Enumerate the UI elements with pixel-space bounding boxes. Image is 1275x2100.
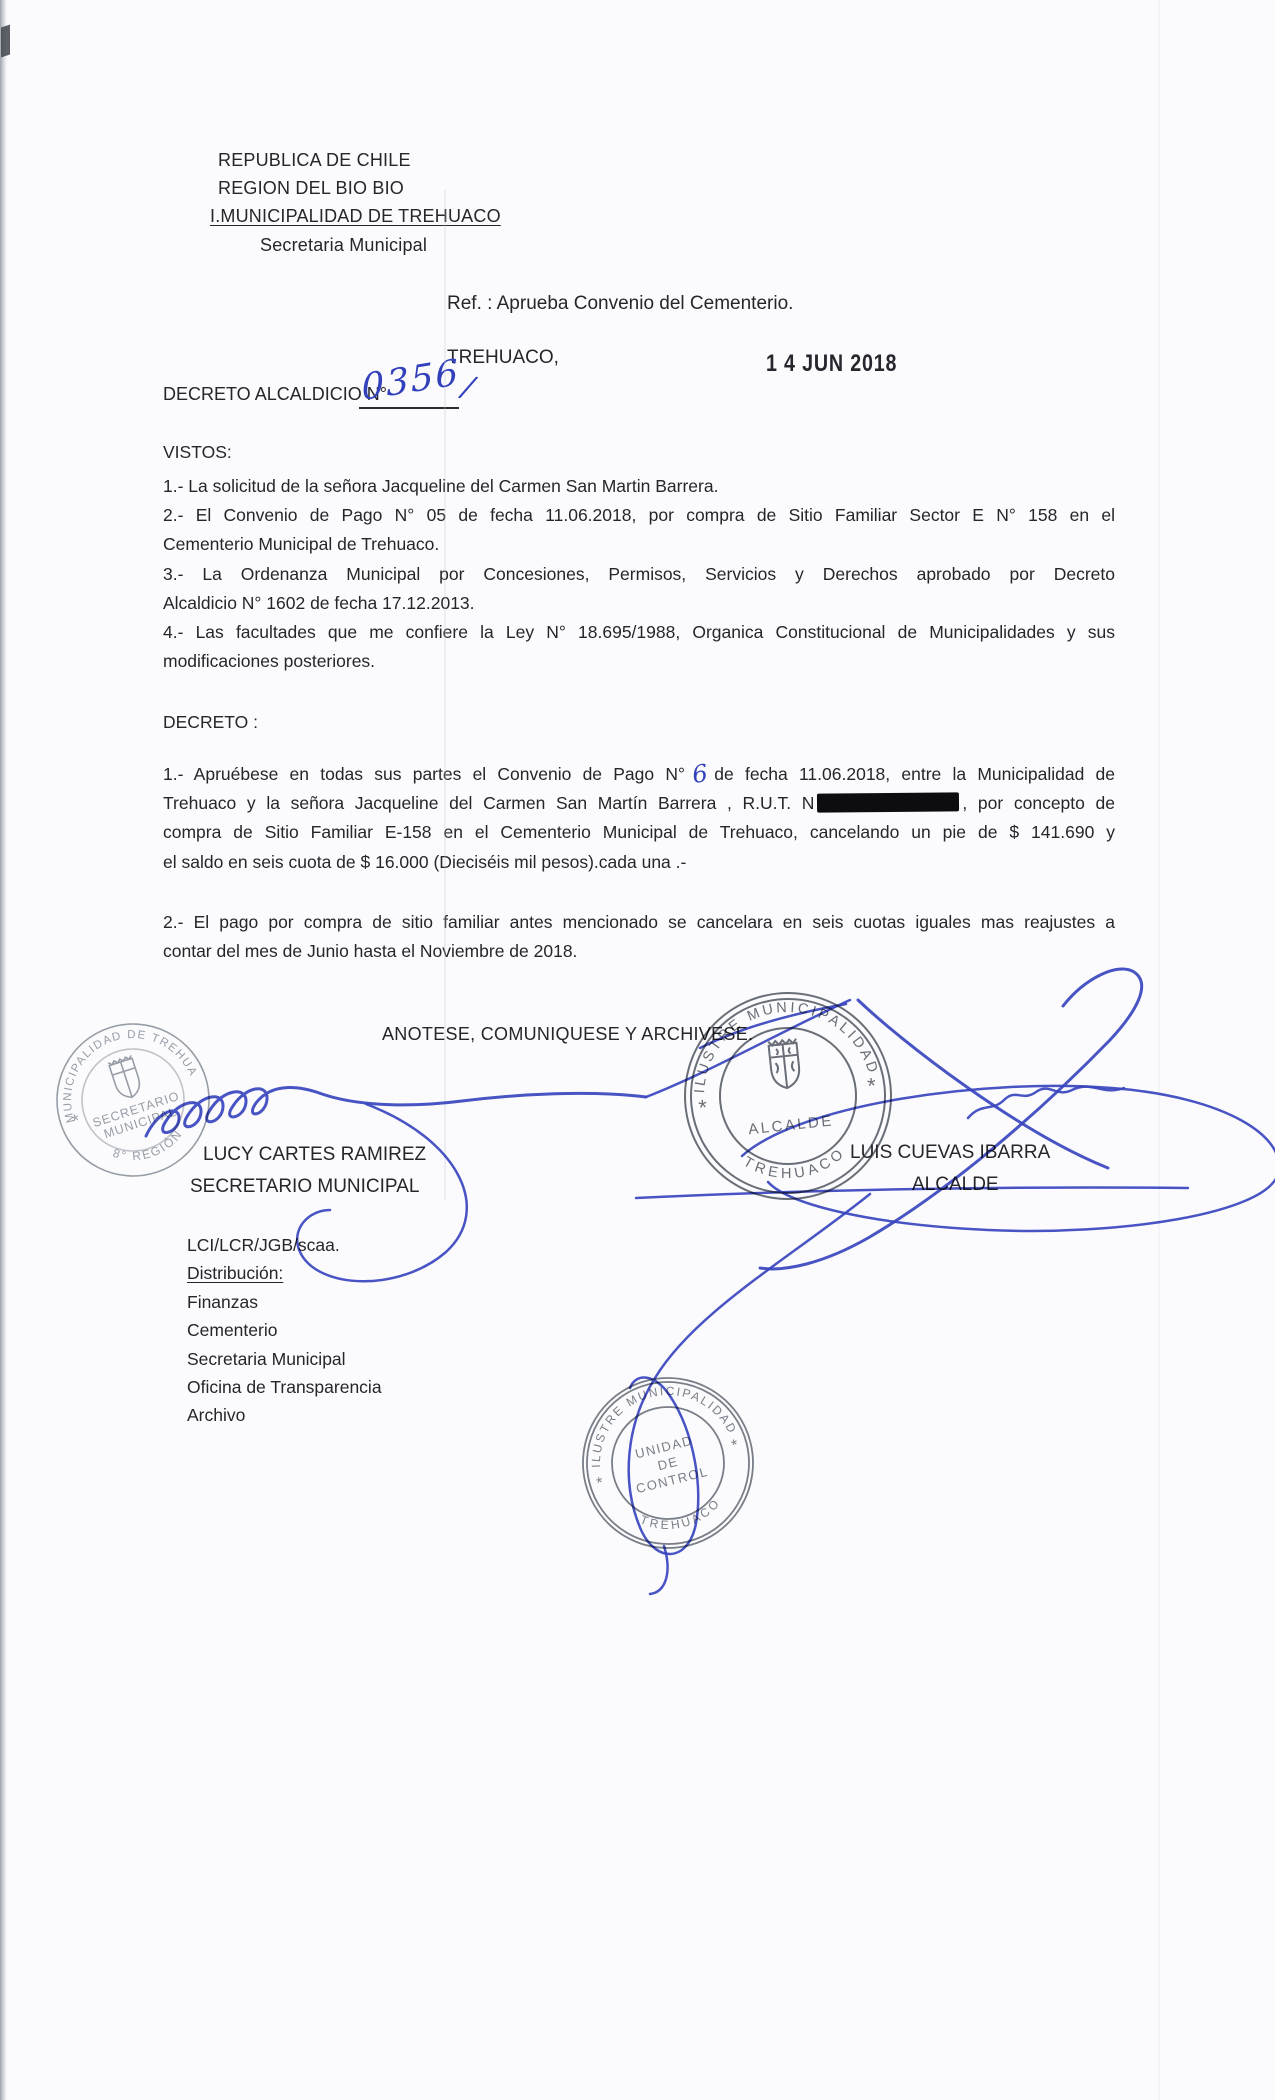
coat-of-arms-icon	[108, 1055, 143, 1100]
stamp-arc-text: ILUSTRE MUNICIPALIDAD	[577, 1372, 741, 1471]
decree-number-handwritten: 0356	[361, 352, 462, 409]
decree-label: DECRETO ALCALDICIO N°	[163, 384, 387, 405]
signer-right-role: ALCALDE	[912, 1174, 999, 1196]
stamp-star: *	[866, 1073, 878, 1099]
letterhead-office: Secretaria Municipal	[260, 235, 427, 256]
text-line: Cementerio	[187, 1320, 607, 1348]
stamp-star: *	[730, 1437, 740, 1455]
distribution-block: LCI/LCR/JGB/scaa.Distribución:FinanzasCe…	[187, 1235, 607, 1434]
text-line: 1.- Apruébese en todas sus partes el Con…	[163, 760, 1115, 789]
stamp-center-text: ALCALDE	[747, 1112, 834, 1138]
signature-alcalde	[968, 1087, 1124, 1118]
paper-crease	[444, 190, 446, 1200]
letterhead-region: REGION DEL BIO BIO	[218, 178, 404, 199]
text-line: 1.- La solicitud de la señora Jacqueline…	[163, 472, 1115, 501]
text-line: Alcaldicio N° 1602 de fecha 17.12.2013.	[163, 589, 1115, 618]
text-line: Oficina de Transparencia	[187, 1377, 607, 1405]
text-line: modificaciones posteriores.	[163, 647, 1115, 676]
vistos-paragraphs: 1.- La solicitud de la señora Jacqueline…	[163, 472, 1115, 676]
coat-of-arms-icon	[768, 1039, 801, 1090]
text-segment: de fecha 11.06.2018, entre la Municipali…	[714, 764, 1115, 784]
signer-left-name: LUCY CARTES RAMIREZ	[203, 1144, 426, 1166]
place-line: TREHUACO,	[447, 347, 559, 369]
text-line: Distribución:	[187, 1263, 607, 1291]
control-stamp: ILUSTRE MUNICIPALIDAD TREHUACO * * UNIDA…	[577, 1372, 759, 1554]
decreto-paragraph-1: 1.- Apruébese en todas sus partes el Con…	[163, 760, 1115, 877]
text-segment: 1.- Apruébese en todas sus partes el Con…	[163, 764, 685, 784]
decreto-title: DECRETO :	[163, 708, 258, 737]
text-segment: Trehuaco y la señora Jacqueline del Carm…	[163, 793, 814, 813]
text-line: 3.- La Ordenanza Municipal por Concesion…	[163, 560, 1115, 589]
svg-text:ILUSTRE MUNICIPALIDAD: ILUSTRE MUNICIPALIDAD	[577, 1372, 741, 1471]
text-line: LCI/LCR/JGB/scaa.	[187, 1235, 607, 1263]
decree-number-slash: /	[459, 369, 477, 405]
text-line: compra de Sitio Familiar E-158 en el Cem…	[163, 818, 1115, 847]
paper-crease	[1158, 0, 1160, 2100]
text-line: Finanzas	[187, 1292, 607, 1320]
signature-secretary	[146, 1088, 646, 1136]
text-line: Secretaria Municipal	[187, 1349, 607, 1377]
vistos-title: VISTOS:	[163, 438, 232, 467]
text-segment: , por concepto de	[962, 793, 1115, 813]
stamp-star: *	[697, 1095, 709, 1121]
text-line: contar del mes de Junio hasta el Noviemb…	[163, 937, 1115, 966]
stamp-star: *	[595, 1475, 605, 1493]
secretary-stamp: I. MUNICIPALIDAD DE TREHUACO 8° REGIÓN S…	[45, 1012, 221, 1188]
text-line: Archivo	[187, 1405, 607, 1433]
stamp-star: *	[70, 1110, 83, 1131]
date-stamp: 1 4 JUN 2018	[766, 350, 897, 378]
text-line: Cementerio Municipal de Trehuaco.	[163, 530, 1115, 559]
redacted-rut-box	[817, 793, 959, 813]
letterhead-country: REPUBLICA DE CHILE	[218, 150, 411, 171]
scan-corner-artifact	[1, 25, 10, 58]
signer-left-role: SECRETARIO MUNICIPAL	[190, 1176, 419, 1198]
signer-right-name: LUIS CUEVAS IBARRA	[850, 1142, 1050, 1164]
alcalde-stamp: ILUSTRE MUNICIPALIDAD TREHUACO * * ALCAL…	[678, 986, 898, 1206]
scanned-document-page: REPUBLICA DE CHILE REGION DEL BIO BIO I.…	[0, 0, 1275, 2100]
letterhead-municipality: I.MUNICIPALIDAD DE TREHUACO	[210, 206, 501, 227]
stamp-arc-text: ILUSTRE MUNICIPALIDAD	[683, 990, 881, 1095]
text-line: 4.- Las facultades que me confiere la Le…	[163, 618, 1115, 647]
text-line: el saldo en seis cuota de $ 16.000 (Diec…	[163, 848, 1115, 877]
text-line: 2.- El Convenio de Pago N° 05 de fecha 1…	[163, 501, 1115, 530]
reference-line: Ref. : Aprueba Convenio del Cementerio.	[447, 293, 793, 315]
decree-number-row: DECRETO ALCALDICIO N° 0356 /	[163, 380, 503, 426]
text-line: Trehuaco y la señora Jacqueline del Carm…	[163, 789, 1115, 818]
svg-text:ILUSTRE MUNICIPALIDAD: ILUSTRE MUNICIPALIDAD	[683, 990, 881, 1095]
handwritten-number: 6	[691, 764, 709, 784]
decreto-paragraph-2: 2.- El pago por compra de sitio familiar…	[163, 908, 1115, 966]
text-line: 2.- El pago por compra de sitio familiar…	[163, 908, 1115, 937]
